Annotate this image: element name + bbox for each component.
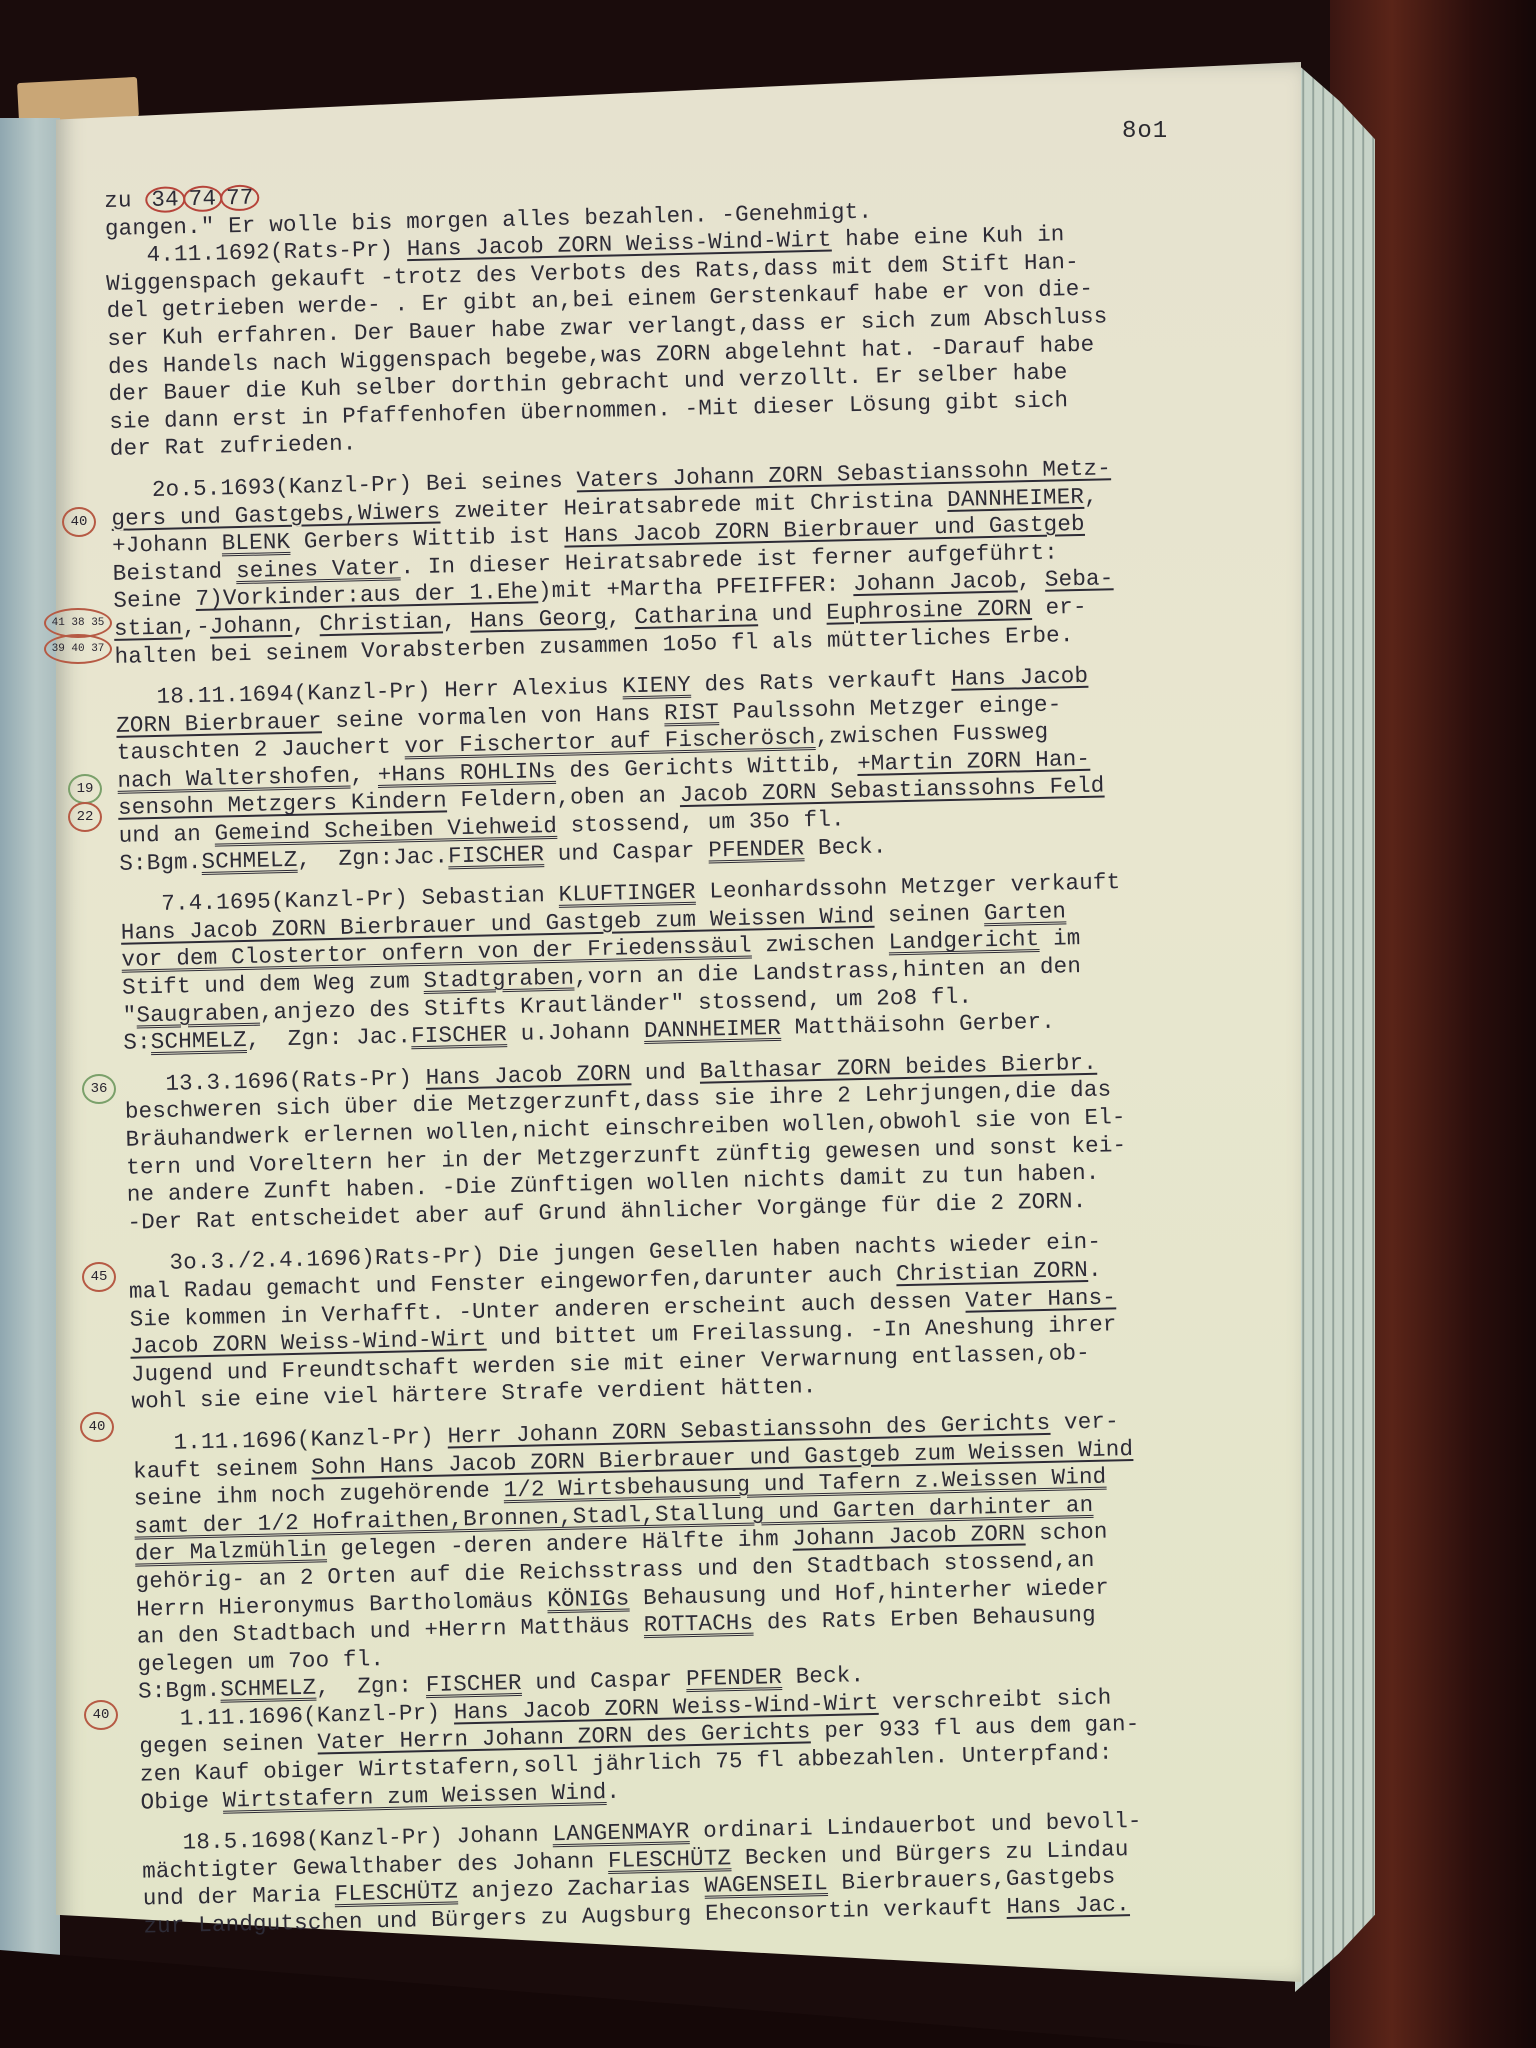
margin-note: 40 [62,507,96,537]
margin-note: 40 [84,1700,118,1730]
margin-note: 22 [68,802,102,832]
margin-note: 40 [80,1412,114,1442]
ref-circle: 77 [220,184,260,211]
margin-note: 36 [82,1074,116,1104]
ref-circle: 74 [182,185,222,212]
margin-note: 45 [82,1262,116,1292]
margin-note: 39 40 37 [44,634,112,664]
left-page-edge [0,118,60,1978]
typed-text-body: zu 347477 gangen." Er wolle bis morgen a… [104,161,1353,1942]
bookmark-tab [17,77,139,123]
ref-circle: 34 [145,186,185,213]
page-number: 8o1 [1122,118,1168,145]
margin-note: 19 [68,774,102,804]
